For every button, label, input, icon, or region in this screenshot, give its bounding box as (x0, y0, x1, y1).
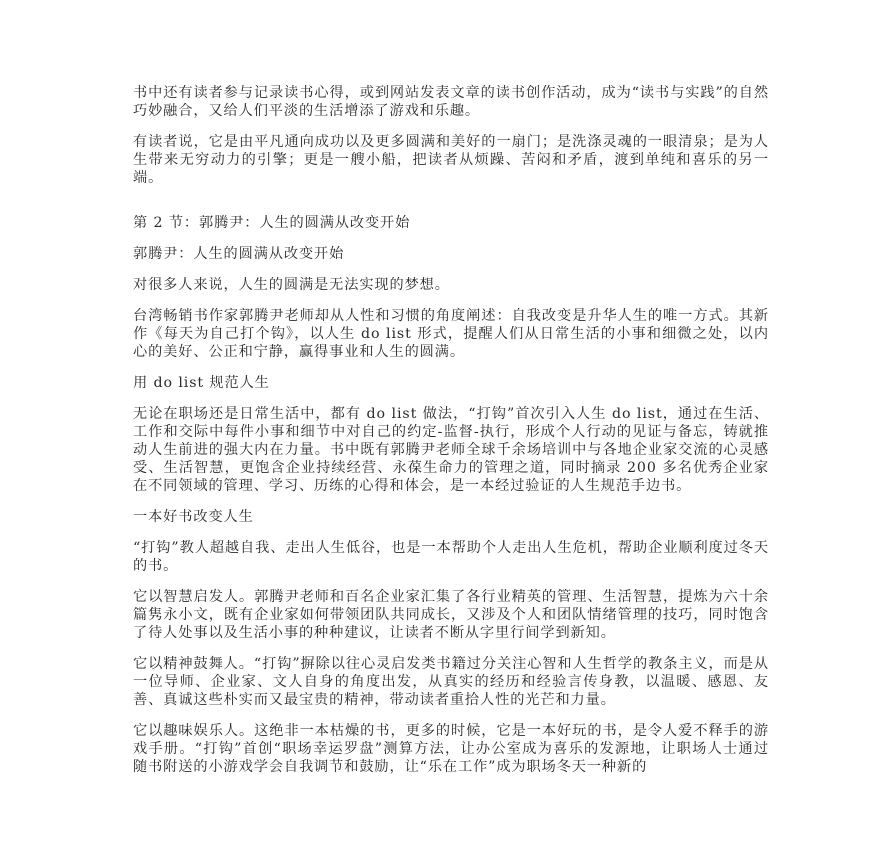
paragraph-wisdom: 它以智慧启发人。郭腾尹老师和百名企业家汇集了各行业精英的管理、生活智慧，提炼为六… (133, 588, 769, 642)
paragraph-reader-activities: 书中还有读者参与记录读书心得，或到网站发表文章的读书创作活动，成为“读书与实践”… (133, 84, 769, 120)
paragraph-beyond-self: “打钩”教人超越自我、走出人生低谷，也是一本帮助个人走出人生危机，帮助企业顺利度… (133, 539, 769, 575)
paragraph-fun: 它以趣味娱乐人。这绝非一本枯燥的书，更多的时候，它是一本好玩的书，是令人爱不释手… (133, 722, 769, 776)
paragraph-do-list: 无论在职场还是日常生活中，都有 do list 做法，“打钩”首次引入人生 do… (133, 405, 769, 495)
section-heading: 第 2 节：郭腾尹：人生的圆满从改变开始 (133, 214, 769, 232)
paragraph-reader-comments: 有读者说，它是由平凡通向成功以及更多圆满和美好的一扇门；是洗涤灵魂的一眼清泉；是… (133, 133, 769, 187)
paragraph-intro: 对很多人来说，人生的圆满是无法实现的梦想。 (133, 276, 769, 294)
paragraph-author-book: 台湾畅销书作家郭腾尹老师却从人性和习惯的角度阐述：自我改变是升华人生的唯一方式。… (133, 307, 769, 361)
paragraph-spirit: 它以精神鼓舞人。“打钩”摒除以往心灵启发类书籍过分关注心智和人生哲学的教条主义，… (133, 655, 769, 709)
subheading-good-book: 一本好书改变人生 (133, 508, 769, 526)
subheading-do-list: 用 do list 规范人生 (133, 374, 769, 392)
document-page: 书中还有读者参与记录读书心得，或到网站发表文章的读书创作活动，成为“读书与实践”… (133, 84, 769, 789)
section-subtitle: 郭腾尹：人生的圆满从改变开始 (133, 245, 769, 263)
